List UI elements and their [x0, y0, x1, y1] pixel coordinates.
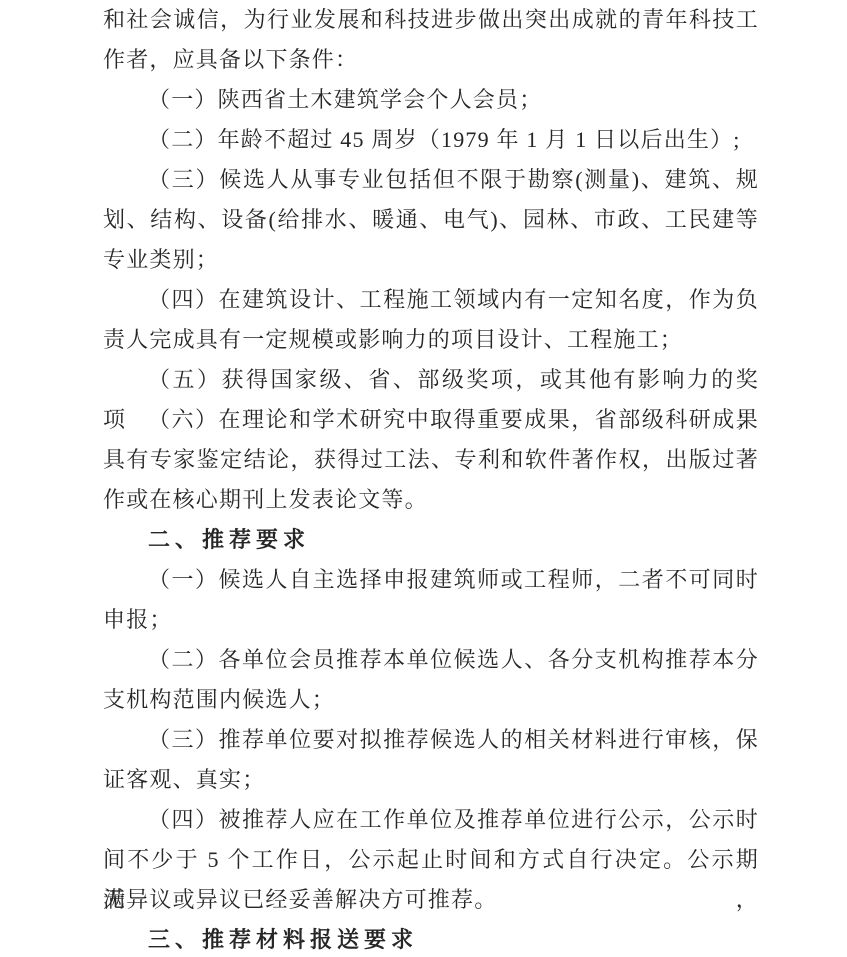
text-line: 申报；	[103, 600, 759, 640]
text-line: 间不少于 5 个工作日，公示起止时间和方式自行决定。公示期满，	[103, 840, 759, 880]
section-heading: 三、推荐材料报送要求	[103, 920, 759, 957]
list-item: （四）被推荐人应在工作单位及推荐单位进行公示，公示时	[103, 800, 759, 840]
list-item: （六）在理论和学术研究中取得重要成果，省部级科研成果	[103, 400, 759, 440]
section-heading: 二、推荐要求	[103, 520, 759, 560]
list-item: （三）推荐单位要对拟推荐候选人的相关材料进行审核，保	[103, 720, 759, 760]
text-line: 专业类别；	[103, 240, 759, 280]
document-page: 和社会诚信，为行业发展和科技进步做出突出成就的青年科技工 作者，应具备以下条件：…	[103, 0, 759, 957]
list-item: （一）陕西省土木建筑学会个人会员；	[103, 80, 759, 120]
list-item: （二）各单位会员推荐本单位候选人、各分支机构推荐本分	[103, 640, 759, 680]
text-line: 具有专家鉴定结论，获得过工法、专利和软件著作权，出版过著	[103, 440, 759, 480]
text-line: 划、结构、设备(给排水、暖通、电气)、园林、市政、工民建等	[103, 200, 759, 240]
text-line: 责人完成具有一定规模或影响力的项目设计、工程施工；	[103, 320, 759, 360]
list-item: （二）年龄不超过 45 周岁（1979 年 1 月 1 日以后出生）;	[103, 120, 759, 160]
text-line: 和社会诚信，为行业发展和科技进步做出突出成就的青年科技工	[103, 0, 759, 40]
text-line: 作者，应具备以下条件：	[103, 40, 759, 80]
list-item: （一）候选人自主选择申报建筑师或工程师，二者不可同时	[103, 560, 759, 600]
list-item: （三）候选人从事专业包括但不限于勘察(测量)、建筑、规	[103, 160, 759, 200]
text-line: 支机构范围内候选人；	[103, 680, 759, 720]
list-item: （五）获得国家级、省、部级奖项，或其他有影响力的奖项；	[103, 360, 759, 400]
list-item: （四）在建筑设计、工程施工领域内有一定知名度，作为负	[103, 280, 759, 320]
text-line: 证客观、真实；	[103, 760, 759, 800]
text-line: 作或在核心期刊上发表论文等。	[103, 480, 759, 520]
